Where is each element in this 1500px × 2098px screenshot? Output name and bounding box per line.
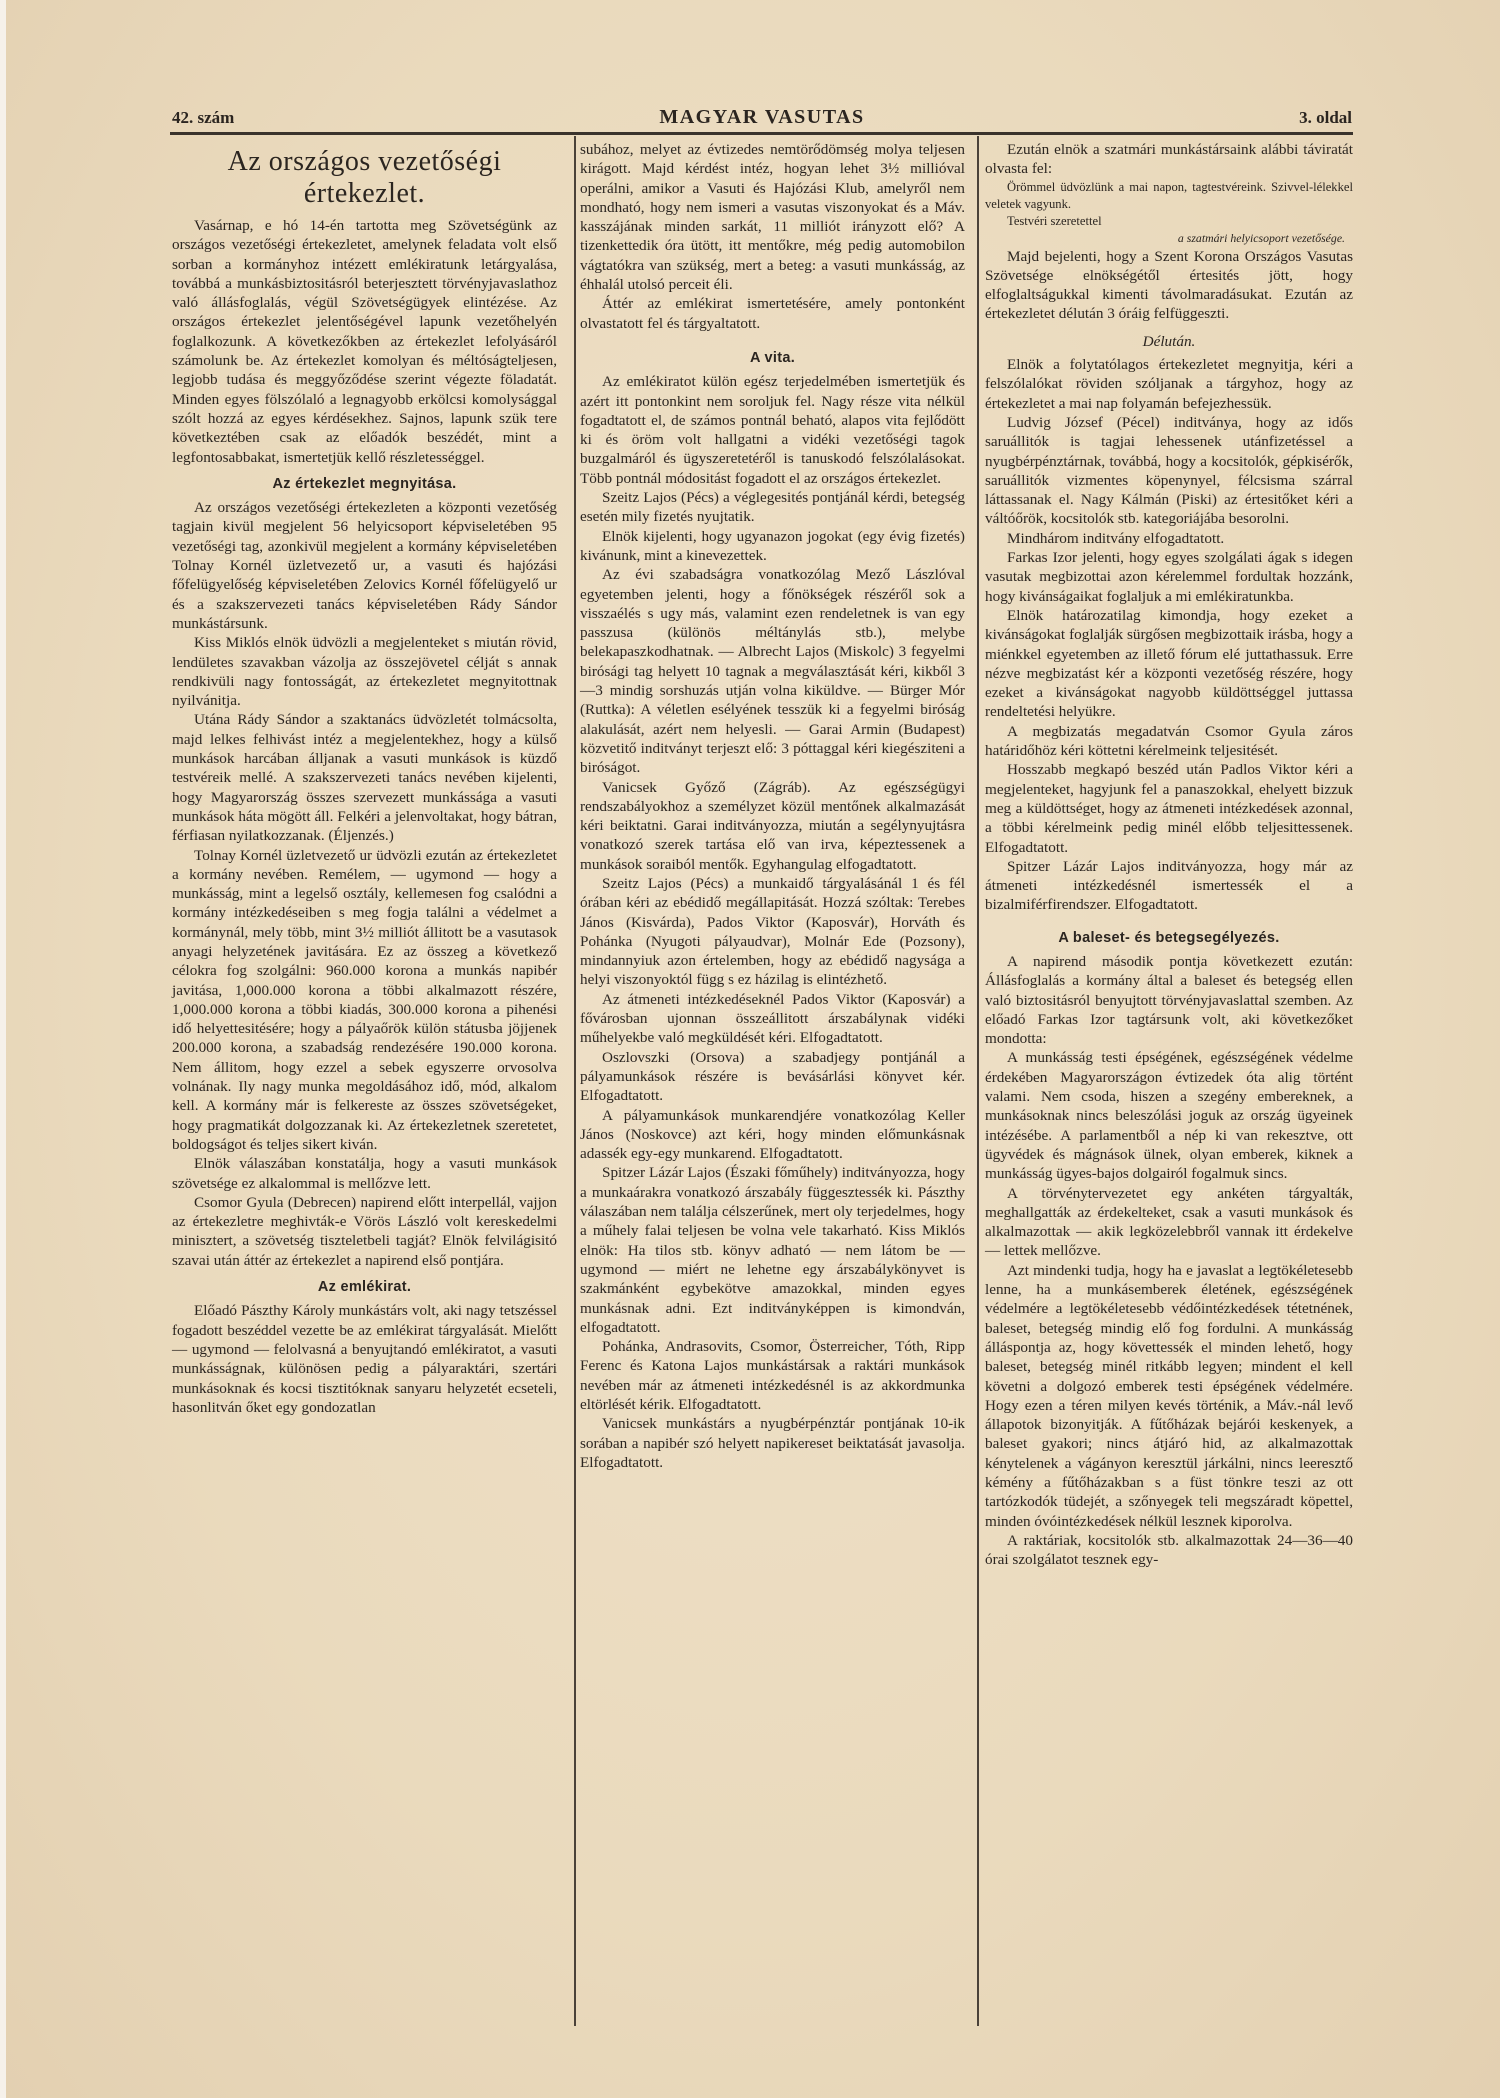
paragraph: Tolnay Kornél üzletvezető ur üdvözli ezu… xyxy=(172,846,557,1155)
paragraph: Csomor Gyula (Debrecen) napirend előtt i… xyxy=(172,1193,557,1270)
paragraph: Mindhárom inditvány elfogadtatott. xyxy=(985,529,1353,548)
paragraph: subához, melyet az évtizedes nemtörődöms… xyxy=(580,140,965,294)
paragraph: Szeitz Lajos (Pécs) a munkaidő tárgyalás… xyxy=(580,874,965,990)
paragraph: Áttér az emlékirat ismertetésére, amely … xyxy=(580,294,965,333)
paragraph: Ludvig József (Pécel) inditványa, hogy a… xyxy=(985,413,1353,529)
column-3: Ezután elnök a szatmári munkástársaink a… xyxy=(985,140,1353,1569)
paragraph: Kiss Miklós elnök üdvözli a megjelenteke… xyxy=(172,633,557,710)
paragraph: Az országos vezetőségi értekezleten a kö… xyxy=(172,498,557,633)
paragraph: Elnök a folytatólagos értekezletet megny… xyxy=(985,355,1353,413)
newspaper-page: 42. szám MAGYAR VASUTAS 3. oldal Az orsz… xyxy=(0,0,1500,2098)
paragraph: Spitzer Lázár Lajos (Északi főműhely) in… xyxy=(580,1163,965,1337)
paragraph: Pohánka, Andrasovits, Csomor, Österreich… xyxy=(580,1337,965,1414)
paragraph: Oszlovszki (Orsova) a szabadjegy pontján… xyxy=(580,1048,965,1106)
section-heading: Délután. xyxy=(985,332,1353,351)
paragraph: Elnök kijelenti, hogy ugyanazon jogokat … xyxy=(580,527,965,566)
paragraph: Ezután elnök a szatmári munkástársaink a… xyxy=(985,140,1353,179)
paragraph: A megbizatás megadatván Csomor Gyula zár… xyxy=(985,722,1353,761)
paragraph: A törvénytervezetet egy ankéten tárgyalt… xyxy=(985,1184,1353,1261)
paragraph: Elnök határozatilag kimondja, hogy ezeke… xyxy=(985,606,1353,722)
article-title: Az országos vezetőségi értekezlet. xyxy=(172,146,557,210)
paragraph: Hosszabb megkapó beszéd után Padlos Vikt… xyxy=(985,760,1353,856)
section-heading: A baleset- és betegsegélyezés. xyxy=(985,929,1353,948)
telegram-signature: a szatmári helyicsoport vezetősége. xyxy=(985,230,1353,247)
paragraph: A napirend második pontja következett ez… xyxy=(985,952,1353,1048)
paragraph: Az átmeneti intézkedéseknél Pados Viktor… xyxy=(580,990,965,1048)
paragraph: A munkásság testi épségének, egészségéne… xyxy=(985,1048,1353,1183)
section-heading: A vita. xyxy=(580,349,965,368)
telegram-quote: Örömmel üdvözlünk a mai napon, tagtestvé… xyxy=(985,179,1353,247)
paragraph: Az emlékiratot külön egész terjedelmében… xyxy=(580,372,965,488)
paragraph: A pályamunkások munkarendjére vonatkozól… xyxy=(580,1106,965,1164)
article-title-line1: Az országos vezetőségi xyxy=(228,146,502,177)
paragraph: Majd bejelenti, hogy a Szent Korona Orsz… xyxy=(985,247,1353,324)
paragraph: Farkas Izor jelenti, hogy egyes szolgála… xyxy=(985,548,1353,606)
paragraph: Azt mindenki tudja, hogy ha e javaslat a… xyxy=(985,1261,1353,1531)
article-title-line2: értekezlet. xyxy=(304,178,425,209)
paragraph: A raktáriak, kocsitolók stb. alkalmazott… xyxy=(985,1531,1353,1570)
paragraph: Vanicsek munkástárs a nyugbérpénztár pon… xyxy=(580,1414,965,1472)
paragraph: Előadó Pászthy Károly munkástárs volt, a… xyxy=(172,1301,557,1417)
section-heading: Az emlékirat. xyxy=(172,1278,557,1297)
paragraph: Vasárnap, e hó 14-én tartotta meg Szövet… xyxy=(172,216,557,467)
telegram-closing: Testvéri szeretettel xyxy=(985,213,1353,230)
column-divider xyxy=(977,136,979,2026)
page-header: 42. szám MAGYAR VASUTAS 3. oldal xyxy=(172,108,1352,132)
paragraph: Elnök válaszában konstatálja, hogy a vas… xyxy=(172,1154,557,1193)
column-2: subához, melyet az évtizedes nemtörődöms… xyxy=(580,140,965,1472)
paragraph: Vanicsek Győző (Zágráb). Az egészségügyi… xyxy=(580,778,965,874)
column-1: Az országos vezetőségi értekezlet. Vasár… xyxy=(172,140,557,1417)
column-divider xyxy=(574,136,576,2026)
paragraph: Az évi szabadságra vonatkozólag Mező Lás… xyxy=(580,565,965,777)
paragraph: Szeitz Lajos (Pécs) a véglegesités pontj… xyxy=(580,488,965,527)
section-heading: Az értekezlet megnyitása. xyxy=(172,475,557,494)
telegram-text: Örömmel üdvözlünk a mai napon, tagtestvé… xyxy=(985,179,1353,213)
page-number: 3. oldal xyxy=(1299,108,1352,128)
paragraph: Spitzer Lázár Lajos inditványozza, hogy … xyxy=(985,857,1353,915)
header-rule xyxy=(170,132,1353,135)
paragraph: Utána Rády Sándor a szaktanács üdvözleté… xyxy=(172,710,557,845)
newspaper-title: MAGYAR VASUTAS xyxy=(172,106,1352,129)
page-edge xyxy=(0,0,6,2098)
